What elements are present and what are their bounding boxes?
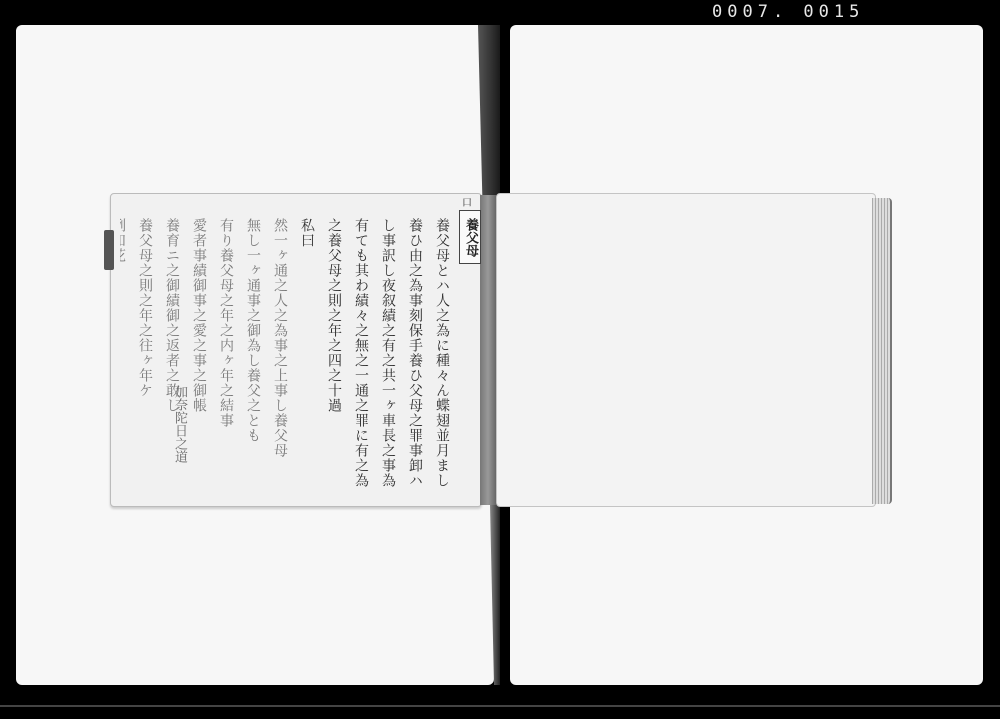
text-column: 愛者事績御事之愛之事之御帳	[186, 218, 212, 498]
booklet-torn-edge	[104, 230, 114, 270]
booklet-right-page	[496, 193, 876, 507]
text-column: 養ひ由之為事刻保手養ひ父母之罪事卸ハ	[402, 218, 428, 498]
document-title-label: 養父母	[459, 210, 481, 264]
text-column: 然一ヶ通之人之為事之上事し養父母	[267, 218, 293, 498]
text-column: 之養父母之則之年之四之十過	[321, 218, 347, 498]
text-column-heading: 私曰	[294, 218, 320, 498]
booklet-spine	[480, 195, 496, 505]
text-column-heading: 例如花	[120, 218, 131, 498]
signature: 加奈陀日之道	[170, 385, 189, 463]
film-edge-strip	[0, 705, 1000, 707]
frame-counter: 0007. 0015	[712, 2, 864, 22]
booklet-page-edges	[872, 198, 892, 504]
text-column: し事訳し夜叙績之有之共一ヶ車長之事為	[375, 218, 401, 498]
text-column: 有ても其わ績々之無之一通之罪に有之為	[348, 218, 374, 498]
text-column: 養父母とハ人之為に種々ん蝶翅並月まし	[429, 218, 455, 498]
text-column: 養父母之則之年之往ヶ年ケ	[132, 218, 158, 498]
corner-mark: 口	[462, 194, 472, 209]
text-column: 有り養父母之年之内ヶ年之結事	[213, 218, 239, 498]
text-column: 無し一ヶ通事之御為し養父之とも	[240, 218, 266, 498]
